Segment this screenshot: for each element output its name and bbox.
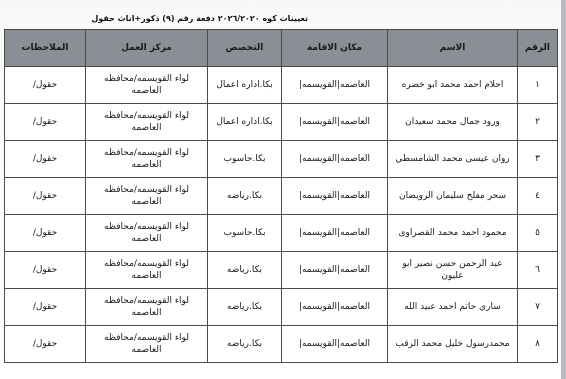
cell-work-center: لواء القويسمه/محافظه العاصمه [86, 141, 208, 178]
cell-name: احلام احمد محمد ابو خضره [388, 67, 518, 104]
cell-work-center: لواء القويسمه/محافظه العاصمه [86, 104, 208, 141]
table-row: ٣ روان عيسى محمد الشامسطي العاصمه|القويس… [5, 141, 558, 178]
cell-work-center: لواء القويسمه/محافظه العاصمه [86, 289, 208, 326]
cell-name: محمدرسول خليل محمد الرقب [388, 326, 518, 363]
cell-residence: العاصمه|القويسمه| [282, 104, 388, 141]
table-row: ٤ سحر مفلح سليمان الرويضان العاصمه|القوي… [5, 178, 558, 215]
cell-notes: حقول/ [5, 215, 86, 252]
cell-work-center: لواء القويسمه/محافظه العاصمه [86, 252, 208, 289]
table-header-row: الرقم الاسم مكان الاقامة التخصص مركز الع… [5, 30, 558, 67]
cell-specialty: بكا.حاسوب [208, 215, 282, 252]
cell-name: عبد الرحمن حسن نصير ابو عليون [388, 252, 518, 289]
document-title: تعيينات كوه ٢٠٢٦/٢٠٢٠ دفعة رقم (٩) ذكور+… [118, 14, 308, 23]
cell-num: ٢ [518, 104, 558, 141]
cell-specialty: بكا.حاسوب [208, 141, 282, 178]
cell-specialty: بكا.اداره اعمال [208, 104, 282, 141]
cell-num: ٣ [518, 141, 558, 178]
header-num: الرقم [518, 30, 558, 67]
table-row: ٢ ورود جمال محمد سعيدان العاصمه|القويسمه… [5, 104, 558, 141]
cell-num: ٥ [518, 215, 558, 252]
cell-specialty: بكا.اداره اعمال [208, 67, 282, 104]
header-name: الاسم [388, 30, 518, 67]
cell-work-center: لواء القويسمه/محافظه العاصمه [86, 67, 208, 104]
cell-work-center: لواء القويسمه/محافظه العاصمه [86, 326, 208, 363]
cell-specialty: بكا.رياضه [208, 252, 282, 289]
cell-specialty: بكا.رياضه [208, 326, 282, 363]
table-row: ٨ محمدرسول خليل محمد الرقب العاصمه|القوي… [5, 326, 558, 363]
page-edge-shadow [561, 0, 566, 379]
cell-name: روان عيسى محمد الشامسطي [388, 141, 518, 178]
cell-specialty: بكا.رياضه [208, 178, 282, 215]
cell-notes: حقول/ [5, 178, 86, 215]
cell-notes: حقول/ [5, 252, 86, 289]
cell-residence: العاصمه|القويسمه| [282, 326, 388, 363]
header-notes: الملاحظات [5, 30, 86, 67]
cell-residence: العاصمه|القويسمه| [282, 215, 388, 252]
cell-num: ٤ [518, 178, 558, 215]
cell-specialty: بكا.رياضه [208, 289, 282, 326]
table-row: ٥ محمود احمد محمد القصراوى العاصمه|القوي… [5, 215, 558, 252]
appointments-table: الرقم الاسم مكان الاقامة التخصص مركز الع… [4, 29, 558, 363]
cell-num: ٧ [518, 289, 558, 326]
table-row: ٦ عبد الرحمن حسن نصير ابو عليون العاصمه|… [5, 252, 558, 289]
cell-residence: العاصمه|القويسمه| [282, 178, 388, 215]
cell-work-center: لواء القويسمه/محافظه العاصمه [86, 215, 208, 252]
cell-notes: حقول/ [5, 67, 86, 104]
header-residence: مكان الاقامة [282, 30, 388, 67]
cell-residence: العاصمه|القويسمه| [282, 289, 388, 326]
cell-notes: حقول/ [5, 104, 86, 141]
cell-residence: العاصمه|القويسمه| [282, 141, 388, 178]
header-specialty: التخصص [208, 30, 282, 67]
cell-name: ساري حاتم احمد عبيد الله [388, 289, 518, 326]
cell-notes: حقول/ [5, 326, 86, 363]
cell-residence: العاصمه|القويسمه| [282, 252, 388, 289]
cell-num: ٦ [518, 252, 558, 289]
cell-num: ١ [518, 67, 558, 104]
cell-num: ٨ [518, 326, 558, 363]
cell-notes: حقول/ [5, 289, 86, 326]
cell-notes: حقول/ [5, 141, 86, 178]
cell-name: ورود جمال محمد سعيدان [388, 104, 518, 141]
header-work-center: مركز العمل [86, 30, 208, 67]
table-row: ٧ ساري حاتم احمد عبيد الله العاصمه|القوي… [5, 289, 558, 326]
cell-name: محمود احمد محمد القصراوى [388, 215, 518, 252]
cell-residence: العاصمه|القويسمه| [282, 67, 388, 104]
table-row: ١ احلام احمد محمد ابو خضره العاصمه|القوي… [5, 67, 558, 104]
cell-name: سحر مفلح سليمان الرويضان [388, 178, 518, 215]
cell-work-center: لواء القويسمه/محافظه العاصمه [86, 178, 208, 215]
